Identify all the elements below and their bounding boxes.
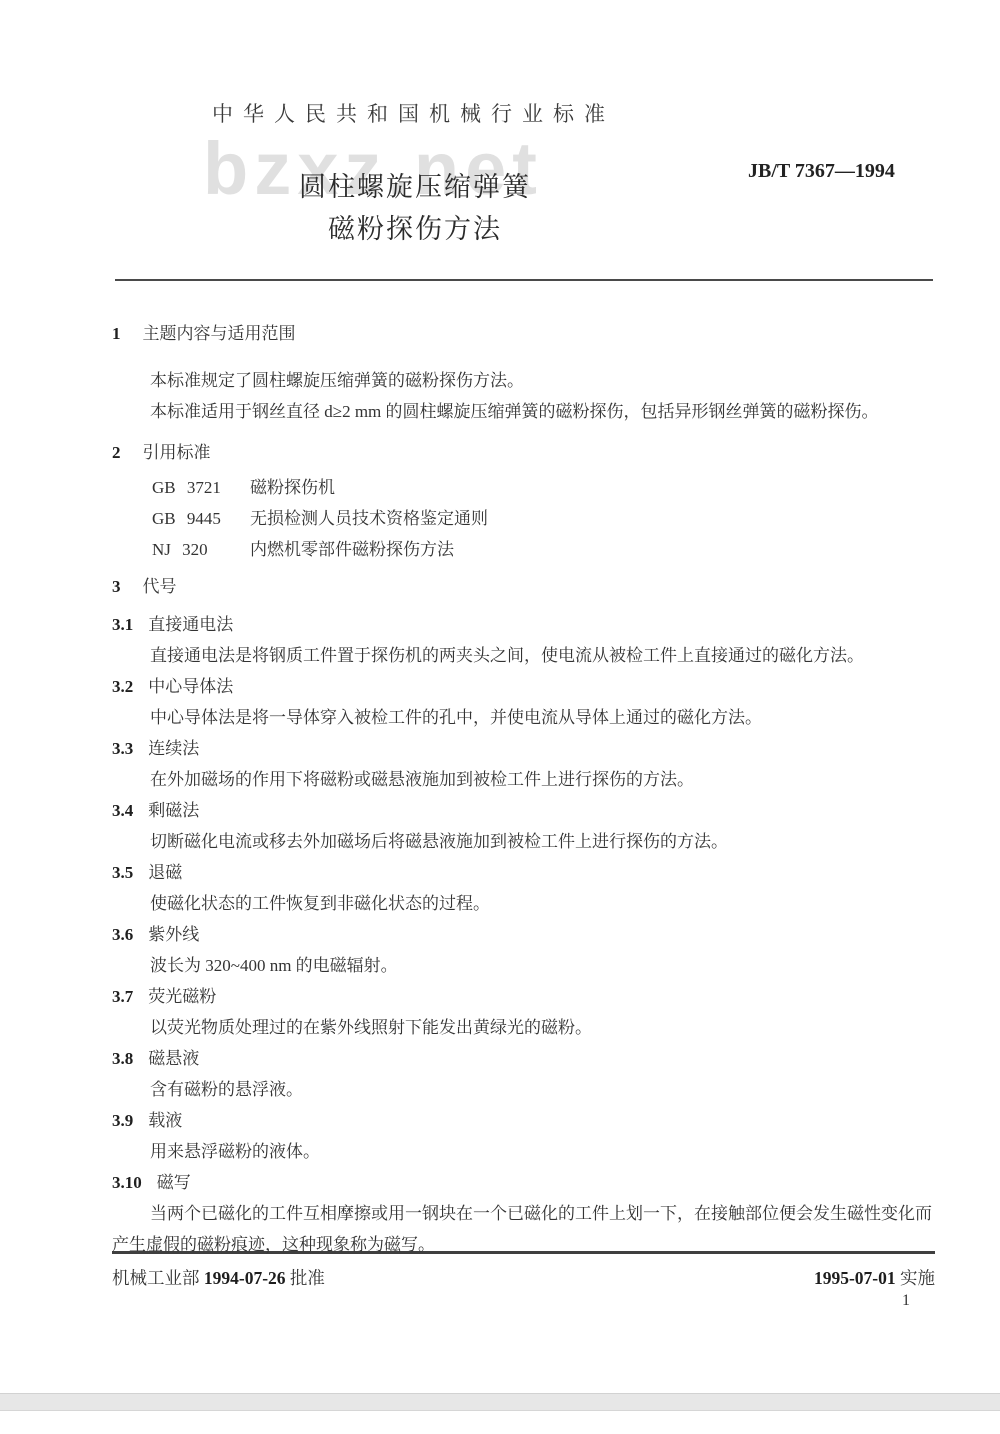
reference-item: GB 9445无损检测人员技术资格鉴定通则: [112, 503, 935, 534]
section-2-number: 2: [112, 443, 121, 462]
title-line-2: 磁粉探伤方法: [115, 208, 715, 250]
page-number: 1: [112, 1292, 935, 1310]
subsection-title: 紫外线: [148, 925, 199, 944]
section-1-paragraph: 本标准规定了圆柱螺旋压缩弹簧的磁粉探伤方法。: [112, 365, 935, 396]
reference-item: GB 3721磁粉探伤机: [112, 472, 935, 503]
approval-label: 批准: [290, 1268, 325, 1288]
subsection-number: 3.2: [112, 677, 133, 696]
subsection-text: 当两个已磁化的工件互相摩擦或用一钢块在一个已磁化的工件上划一下，在接触部位便会发…: [112, 1198, 935, 1260]
subsection-number: 3.10: [112, 1173, 142, 1192]
subsection-number: 3.4: [112, 801, 133, 820]
reference-name: 无损检测人员技术资格鉴定通则: [250, 509, 488, 528]
subsection-number: 3.9: [112, 1111, 133, 1130]
reference-name: 内燃机零部件磁粉探伤方法: [250, 540, 454, 559]
subsection-number: 3.6: [112, 925, 133, 944]
subsection-heading: 3.7荧光磁粉: [112, 981, 935, 1012]
subsection-text: 波长为 320~400 nm 的电磁辐射。: [112, 950, 935, 981]
reference-code: GB 9445: [152, 503, 250, 534]
subsection-text: 含有磁粉的悬浮液。: [112, 1074, 935, 1105]
subsection-heading: 3.10磁写: [112, 1167, 935, 1198]
section-1-heading: 1主题内容与适用范围: [112, 318, 935, 349]
subsection-text: 使磁化状态的工件恢复到非磁化状态的过程。: [112, 888, 935, 919]
footer: 机械工业部 1994-07-26 批准 1995-07-01 实施: [112, 1264, 935, 1292]
document-title: 圆柱螺旋压缩弹簧 磁粉探伤方法: [115, 166, 715, 250]
implementation-date: 1995-07-01: [814, 1268, 896, 1288]
section-3-title: 代号: [143, 577, 177, 596]
section-1-paragraph: 本标准适用于钢丝直径 d≥2 mm 的圆柱螺旋压缩弹簧的磁粉探伤，包括异形钢丝弹…: [112, 396, 935, 427]
section-3-number: 3: [112, 577, 121, 596]
subsection-heading: 3.1直接通电法: [112, 609, 935, 640]
subsection-title: 磁写: [157, 1173, 191, 1192]
title-line-1: 圆柱螺旋压缩弹簧: [115, 166, 715, 208]
subsection-text: 在外加磁场的作用下将磁粉或磁悬液施加到被检工件上进行探伤的方法。: [112, 764, 935, 795]
standard-number: JB/T 7367—1994: [748, 160, 895, 183]
approval-date: 1994-07-26: [204, 1268, 286, 1288]
subsection-title: 直接通电法: [148, 615, 233, 634]
reference-name: 磁粉探伤机: [250, 478, 335, 497]
subsection-number: 3.3: [112, 739, 133, 758]
subsection-title: 磁悬液: [148, 1049, 199, 1068]
implementation-statement: 1995-07-01 实施: [814, 1264, 935, 1292]
document-page: 中华人民共和国机械行业标准 bzxz.net JB/T 7367—1994 圆柱…: [0, 0, 1000, 1434]
subsection-heading: 3.5退磁: [112, 857, 935, 888]
subsection-number: 3.8: [112, 1049, 133, 1068]
subsection-title: 荧光磁粉: [148, 987, 216, 1006]
subsection-heading: 3.3连续法: [112, 733, 935, 764]
subsection-text: 直接通电法是将钢质工件置于探伤机的两夹头之间，使电流从被检工件上直接通过的磁化方…: [112, 640, 935, 671]
reference-item: NJ 320内燃机零部件磁粉探伤方法: [112, 534, 935, 565]
subsection-heading: 3.4剩磁法: [112, 795, 935, 826]
subsection-title: 中心导体法: [148, 677, 233, 696]
subsection-text: 用来悬浮磁粉的液体。: [112, 1136, 935, 1167]
subsection-number: 3.7: [112, 987, 133, 1006]
section-1-number: 1: [112, 324, 121, 343]
subsection-text: 以荧光物质处理过的在紫外线照射下能发出黄绿光的磁粉。: [112, 1012, 935, 1043]
section-3-heading: 3代号: [112, 571, 935, 602]
subsection-heading: 3.6紫外线: [112, 919, 935, 950]
subsection-title: 连续法: [148, 739, 199, 758]
subsection-title: 剩磁法: [148, 801, 199, 820]
subsection-heading: 3.9载液: [112, 1105, 935, 1136]
subsection-number: 3.5: [112, 863, 133, 882]
approval-statement: 机械工业部 1994-07-26 批准: [112, 1264, 325, 1292]
subsection-title: 退磁: [148, 863, 182, 882]
section-2-heading: 2引用标准: [112, 437, 935, 468]
header-divider: [115, 279, 933, 281]
implementation-label: 实施: [900, 1268, 935, 1288]
standard-org-line: 中华人民共和国机械行业标准: [212, 98, 615, 128]
approval-org: 机械工业部: [112, 1268, 200, 1288]
subsection-title: 载液: [148, 1111, 182, 1130]
reference-code: GB 3721: [152, 472, 250, 503]
section-1-title: 主题内容与适用范围: [143, 324, 296, 343]
subsection-text: 中心导体法是将一导体穿入被检工件的孔中，并使电流从导体上通过的磁化方法。: [112, 702, 935, 733]
subsection-heading: 3.8磁悬液: [112, 1043, 935, 1074]
section-2-title: 引用标准: [143, 443, 211, 462]
subsection-heading: 3.2中心导体法: [112, 671, 935, 702]
subsection-text: 切断磁化电流或移去外加磁场后将磁悬液施加到被检工件上进行探伤的方法。: [112, 826, 935, 857]
reference-code: NJ 320: [152, 534, 250, 565]
scan-artifact-band: [0, 1393, 1000, 1411]
subsection-number: 3.1: [112, 615, 133, 634]
document-body: 1主题内容与适用范围 本标准规定了圆柱螺旋压缩弹簧的磁粉探伤方法。 本标准适用于…: [112, 318, 935, 1260]
